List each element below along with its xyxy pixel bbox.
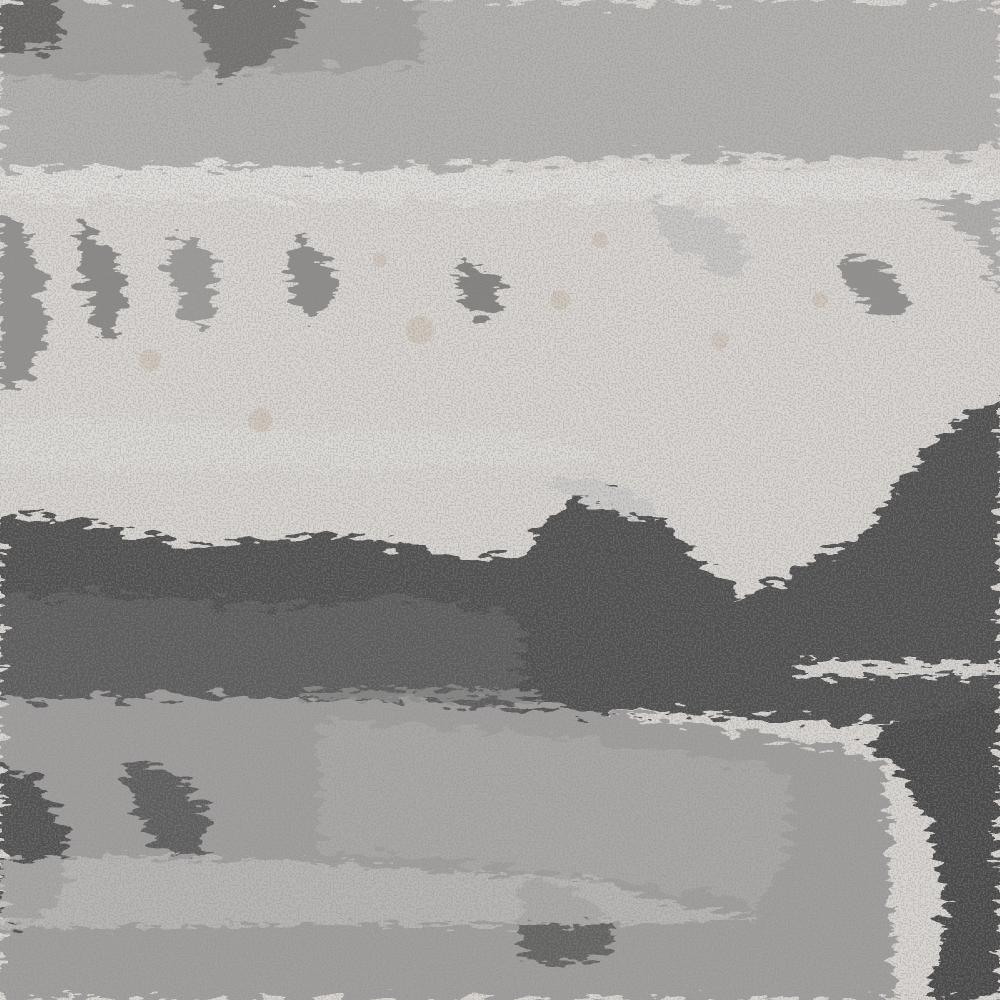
abstract-texture-art bbox=[0, 0, 1000, 1000]
rug-texture-image bbox=[0, 0, 1000, 1000]
